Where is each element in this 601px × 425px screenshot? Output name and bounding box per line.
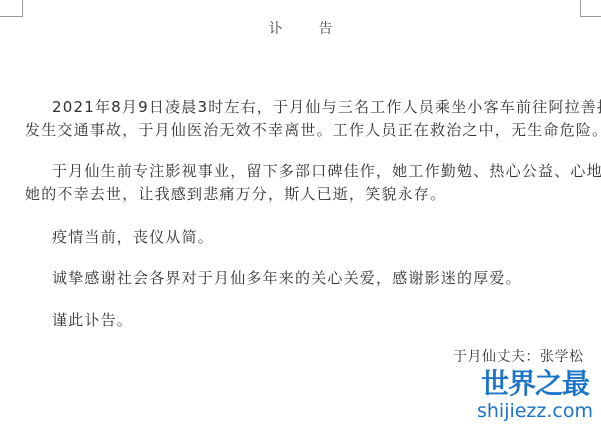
crop-mark-top-right <box>580 0 601 17</box>
title-char-1: 讣 <box>269 18 283 38</box>
paragraph-4-line-1: 诚挚感谢社会各界对于月仙多年来的关心关爱，感谢影迷的厚爱。 <box>52 268 522 288</box>
site-watermark: 世界之最 shijiezz.com <box>474 368 596 422</box>
paragraph-2-line-1: 于月仙生前专注影视事业，留下多部口碑佳作，她工作勤勉、热心公益、心地善良， <box>52 161 601 181</box>
paragraph-5-line-1: 谨此讣告。 <box>52 310 133 330</box>
crop-mark-top-left <box>0 0 23 17</box>
paragraph-2-line-2: 她的不幸去世，让我感到悲痛万分，斯人已逝，笑貌永存。 <box>25 184 446 204</box>
paragraph-3-line-1: 疫情当前，丧仪从简。 <box>52 227 214 247</box>
document-title: 讣告 <box>0 18 601 38</box>
title-char-2: 告 <box>319 18 333 38</box>
signature: 于月仙丈夫：张学松 <box>453 348 584 366</box>
watermark-chinese-logo: 世界之最 <box>474 368 596 400</box>
paragraph-1-line-1: 2021年8月9日凌晨3时左右，于月仙与三名工作人员乘坐小客车前往阿拉善拍摄途中 <box>52 97 601 117</box>
paragraph-1-line-2: 发生交通事故，于月仙医治无效不幸离世。工作人员正在救治之中，无生命危险。 <box>25 120 601 140</box>
watermark-domain: shijiezz.com <box>474 400 596 422</box>
